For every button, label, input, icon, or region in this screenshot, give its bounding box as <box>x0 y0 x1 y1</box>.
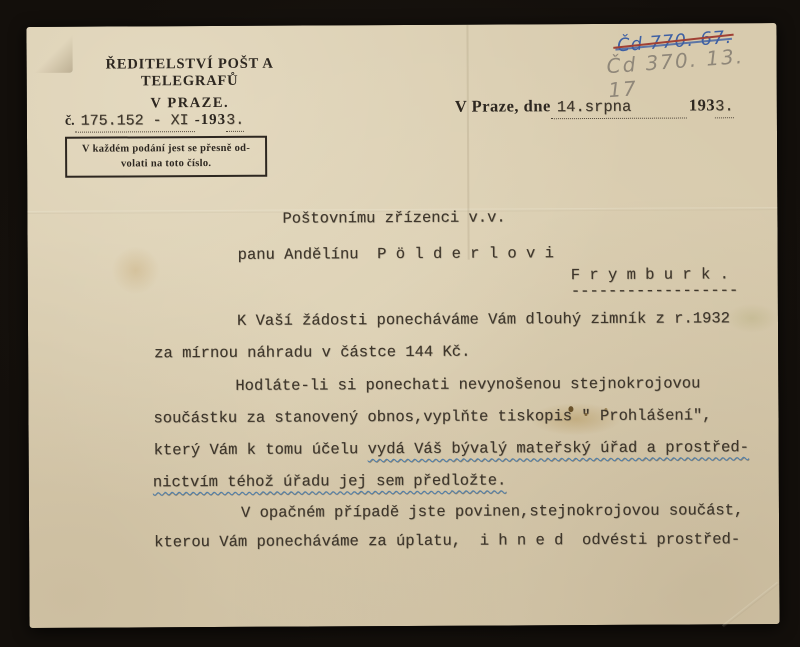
stain <box>726 303 778 333</box>
body-text: za mírnou náhradu v částce 144 Kč. <box>154 343 470 363</box>
body-text: Hodláte-li si ponechati nevynošenou stej… <box>235 374 700 394</box>
letterhead-city: V PRAZE. <box>61 94 319 112</box>
body-line: součástku za stanovený obnos,vyplňte tis… <box>153 406 711 428</box>
stain <box>110 244 162 296</box>
addressee-city-underline: ------------------ <box>571 281 739 300</box>
notice-line1: V každém podání jest se přesně od- <box>70 142 262 158</box>
ref-year-typed: 3. <box>226 112 244 132</box>
ref-year-printed: -193 <box>195 112 227 129</box>
reference-notice-box: V každém podání jest se přesně od- volat… <box>65 136 267 178</box>
body-line: který Vám k tomu účelu vydá Váš bývalý m… <box>154 438 749 460</box>
corner-crease <box>722 582 779 628</box>
body-line: kterou Vám ponecháváme za úplatu, i h n … <box>154 530 740 552</box>
body-text: který Vám k tomu účelu <box>154 440 368 459</box>
handwritten-annotations: Čd 770. 67. Čd 370. 13. 17 <box>616 24 779 102</box>
body-text: K Vaší žádosti ponecháváme Vám dlouhý zi… <box>237 309 730 330</box>
body-text: V opačném případě jste povinen,stejnokro… <box>241 501 743 522</box>
ref-number-typed: 175.152 - XI <box>75 112 195 133</box>
addressee-name: panu Andělínu P ö l d e r l o v i <box>238 244 554 264</box>
body-line: za mírnou náhradu v částce 144 Kč. <box>154 343 470 363</box>
body-text: kterou Vám ponecháváme za úplatu, i h n … <box>154 530 740 551</box>
date-prefix: V Praze, dne <box>455 96 551 117</box>
date-year-typed: 3. <box>715 97 734 118</box>
body-line: Hodláte-li si ponechati nevynošenou stej… <box>235 374 700 395</box>
reference-number-line: č. 175.152 - XI -193 3. <box>65 112 244 133</box>
body-line: nictvím téhož úřadu jej sem předložte. <box>153 471 507 491</box>
notice-line2: volati na toto číslo. <box>70 156 262 172</box>
body-line: V opačném případě jste povinen,stejnokro… <box>241 501 743 522</box>
scan-background: ŘEDITELSTVÍ POŠT A TELEGRAFŮ V PRAZE. č.… <box>0 0 800 647</box>
letterhead-org-name: ŘEDITELSTVÍ POŠT A TELEGRAFŮ <box>61 55 319 90</box>
date-year-printed: 193 <box>689 95 715 115</box>
ref-prefix: č. <box>65 114 75 130</box>
letterhead: ŘEDITELSTVÍ POŠT A TELEGRAFŮ V PRAZE. <box>61 55 319 112</box>
body-text: součástku za stanovený obnos,vyplňte tis… <box>153 406 711 427</box>
addressee-title: Poštovnímu zřízenci v.v. <box>282 208 505 228</box>
body-line: K Vaší žádosti ponecháváme Vám dlouhý zi… <box>237 309 730 330</box>
body-text-underlined: vydá Váš bývalý mateřský úřad a prostřed… <box>368 438 749 458</box>
date-line: V Praze, dne 14.srpna 193 3. <box>455 95 734 119</box>
document-paper: ŘEDITELSTVÍ POŠT A TELEGRAFŮ V PRAZE. č.… <box>26 23 779 628</box>
body-text-underlined: nictvím téhož úřadu jej sem předložte. <box>153 471 507 491</box>
